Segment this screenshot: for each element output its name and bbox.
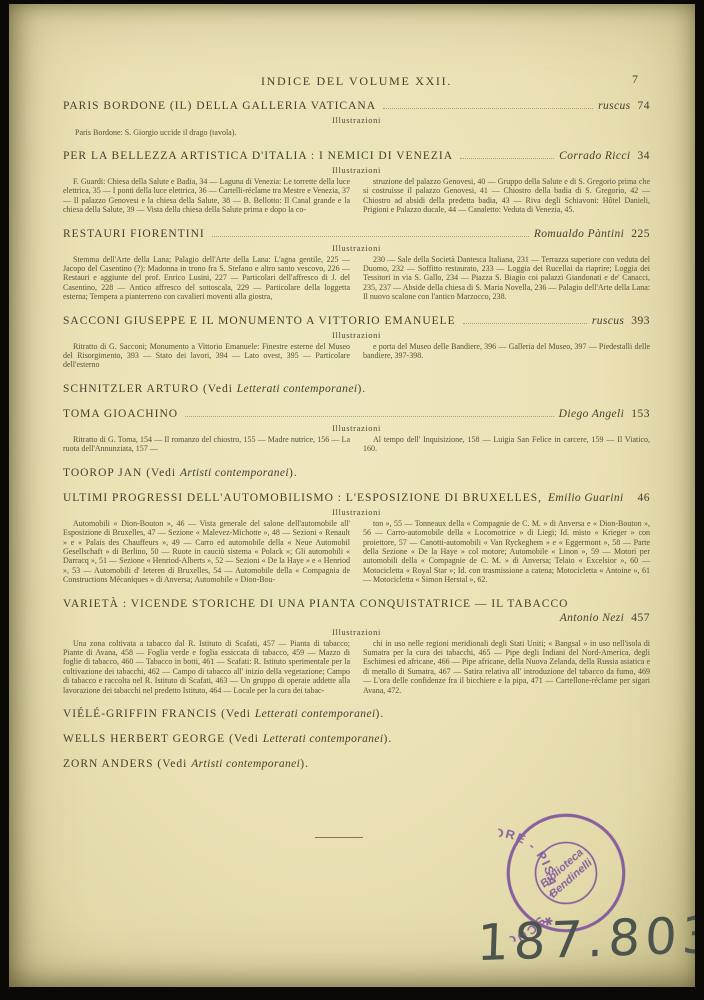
entry-byline: Antonio Nezi 457 [63,612,650,624]
entry-heading: TOMA GIOACHINO Diego Angeli 153 [63,408,650,420]
xref-name: TOOROP JAN (Vedi [63,467,180,479]
entry-page-ref: 153 [631,408,650,420]
xref-see-target: Letterati contemporanei [255,708,376,720]
xref-see-target: Artisti contemporanei [180,467,289,479]
handwritten-shelf-number: 187.803 [476,906,695,973]
dotted-leader [460,158,554,159]
entry-author: ruscus [598,100,630,112]
cross-reference-line: SCHNITZLER ARTURO (Vedi Letterati contem… [63,383,650,395]
index-entry: WELLS HERBERT GEORGE (Vedi Letterati con… [63,733,650,745]
page-header: INDICE DEL VOLUME XXII. 7 [63,72,650,87]
xref-name: SCHNITZLER ARTURO (Vedi [63,383,237,395]
illustrations-column-right: 230 — Sale della Società Dantesca Italia… [363,255,650,302]
xref-close: ). [357,383,366,395]
cross-reference-line: VIÉLÉ-GRIFFIN FRANCIS (Vedi Letterati co… [63,708,650,720]
index-entry: VIÉLÉ-GRIFFIN FRANCIS (Vedi Letterati co… [63,708,650,720]
page-number: 7 [632,72,638,87]
entry-author: Antonio Nezi [560,612,625,624]
illustrations-label: Illustrazioni [63,423,650,433]
stamp-inner-ring [533,840,600,907]
xref-close: ). [289,467,298,479]
illustrations-column-left: Una zona coltivata a tabacco dal R. Isti… [63,639,350,695]
xref-close: ). [300,758,309,770]
illustration-caption: Paris Bordone: S. Giorgio uccide il drag… [75,128,650,137]
index-entry: SACCONI GIUSEPPE E IL MONUMENTO A VITTOR… [63,315,650,370]
illustrations-label: Illustrazioni [63,330,650,340]
entry-heading: PER LA BELLEZZA ARTISTICA D'ITALIA : I N… [63,150,650,162]
dotted-leader [383,108,593,109]
illustrations-label: Illustrazioni [63,165,650,175]
entry-author: Romualdo Pàntini [534,228,624,240]
illustrations-label: Illustrazioni [63,115,650,125]
entry-page-ref: 46 [638,492,651,504]
xref-close: ). [384,733,393,745]
illustrations-label: Illustrazioni [63,507,650,517]
index-entry: TOOROP JAN (Vedi Artisti contemporanei). [63,467,650,479]
entry-page-ref: 34 [638,150,651,162]
illustrations-column-left: Ritratto di G. Sacconi; Monumento a Vitt… [63,342,350,370]
entry-heading: PARIS BORDONE (IL) DELLA GALLERIA VATICA… [63,100,650,112]
dotted-leader [185,416,554,417]
entry-title: SACCONI GIUSEPPE E IL MONUMENTO A VITTOR… [63,315,456,327]
index-entry: ULTIMI PROGRESSI DELL'AUTOMOBILISMO : L'… [63,492,650,585]
index-entry: PARIS BORDONE (IL) DELLA GALLERIA VATICA… [63,100,650,137]
page-title: INDICE DEL VOLUME XXII. [261,74,452,88]
entry-author: Emilio Guarini [548,492,624,504]
cross-reference-line: TOOROP JAN (Vedi Artisti contemporanei). [63,467,650,479]
index-entry: ZORN ANDERS (Vedi Artisti contemporanei)… [63,758,650,770]
entry-page-ref: 74 [638,100,651,112]
page-content: INDICE DEL VOLUME XXII. 7 PARIS BORDONE … [9,4,695,770]
xref-name: VIÉLÉ-GRIFFIN FRANCIS (Vedi [63,708,255,720]
entry-author: ruscus [592,315,624,327]
illustrations-column-left: Ritratto di G. Toma, 154 — Il romanzo de… [63,435,350,454]
entry-title: RESTAURI FIORENTINI [63,228,205,240]
entry-author: Diego Angeli [559,408,625,420]
entry-heading: RESTAURI FIORENTINI Romualdo Pàntini 225 [63,228,650,240]
cross-reference-line: ZORN ANDERS (Vedi Artisti contemporanei)… [63,758,650,770]
index-entry: RESTAURI FIORENTINI Romualdo Pàntini 225… [63,228,650,302]
illustrations-columns: Automobili « Dion-Bouton », 46 — Vista g… [63,519,650,585]
illustrations-column-right: struzione del palazzo Genovesi, 40 — Gru… [363,177,650,215]
entry-heading: VARIETÀ : VICENDE STORICHE DI UNA PIANTA… [63,598,650,610]
illustrations-columns: F. Guardi: Chiesa della Salute e Badia, … [63,177,650,215]
illustrations-column-right: Al tempo dell' Inquisizione, 158 — Luigi… [363,435,650,454]
entry-page-ref: 393 [631,315,650,327]
cross-reference-line: WELLS HERBERT GEORGE (Vedi Letterati con… [63,733,650,745]
illustrations-columns: Una zona coltivata a tabacco dal R. Isti… [63,639,650,695]
xref-close: ). [376,708,385,720]
illustrations-columns: Ritratto di G. Sacconi; Monumento a Vitt… [63,342,650,370]
entry-author: Corrado Ricci [559,150,630,162]
illustrations-column-left: Automobili « Dion-Bouton », 46 — Vista g… [63,519,350,585]
dotted-leader [212,236,529,237]
xref-see-target: Letterati contemporanei [237,383,358,395]
illustrations-column-right: e porta del Museo delle Bandiere, 396 — … [363,342,650,370]
index-entry: PER LA BELLEZZA ARTISTICA D'ITALIA : I N… [63,150,650,215]
entry-heading: ULTIMI PROGRESSI DELL'AUTOMOBILISMO : L'… [63,492,650,504]
scanned-page: INDICE DEL VOLUME XXII. 7 PARIS BORDONE … [9,4,695,987]
illustrations-label: Illustrazioni [63,627,650,637]
index-entry: TOMA GIOACHINO Diego Angeli 153 Illustra… [63,408,650,454]
dotted-leader [463,323,587,324]
illustrations-columns: Ritratto di G. Toma, 154 — Il romanzo de… [63,435,650,454]
entry-title: ULTIMI PROGRESSI DELL'AUTOMOBILISMO : L'… [63,492,542,504]
entry-title: TOMA GIOACHINO [63,408,178,420]
entry-heading: SACCONI GIUSEPPE E IL MONUMENTO A VITTOR… [63,315,650,327]
index-entry: VARIETÀ : VICENDE STORICHE DI UNA PIANTA… [63,598,650,695]
illustrations-columns: Stemma dell'Arte della Lana; Palagio del… [63,255,650,302]
entry-title: VARIETÀ : VICENDE STORICHE DI UNA PIANTA… [63,598,568,610]
entry-page-ref: 457 [631,612,650,624]
illustrations-column-left: Stemma dell'Arte della Lana; Palagio del… [63,255,350,302]
entry-page-ref: 225 [631,228,650,240]
entry-title: PARIS BORDONE (IL) DELLA GALLERIA VATICA… [63,100,376,112]
illustrations-column-right: ton », 55 — Tonneaux della « Compagnie d… [363,519,650,585]
entry-title: PER LA BELLEZZA ARTISTICA D'ITALIA : I N… [63,150,453,162]
xref-see-target: Artisti contemporanei [191,758,300,770]
illustrations-column-right: chi in uso nelle regioni meridionali deg… [363,639,650,695]
index-entry: SCHNITZLER ARTURO (Vedi Letterati contem… [63,383,650,395]
xref-name: ZORN ANDERS (Vedi [63,758,191,770]
illustrations-column-left: F. Guardi: Chiesa della Salute e Badia, … [63,177,350,215]
xref-name: WELLS HERBERT GEORGE (Vedi [63,733,263,745]
section-divider-rule [315,837,363,838]
illustrations-label: Illustrazioni [63,243,650,253]
xref-see-target: Letterati contemporanei [263,733,384,745]
